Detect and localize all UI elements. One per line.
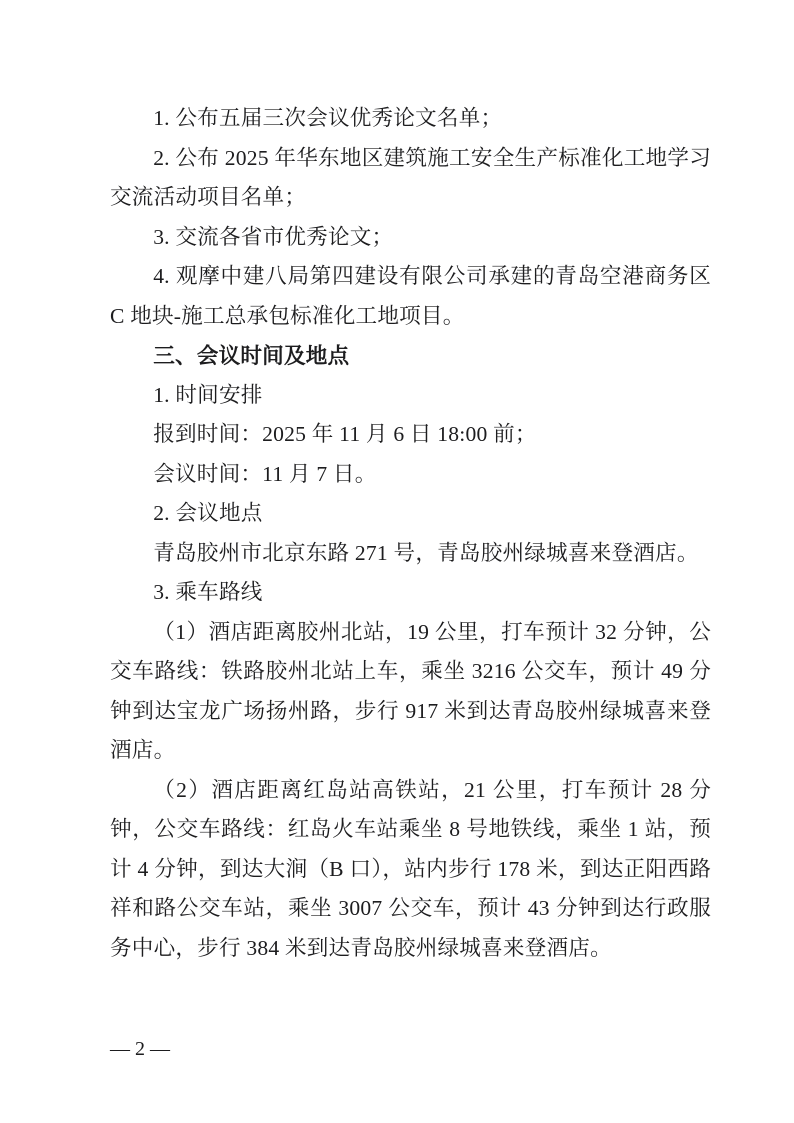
sub-item-transit-route: 3. 乘车路线: [110, 573, 711, 613]
page-number: — 2 —: [110, 1036, 170, 1062]
numbered-item-1: 1. 公布五届三次会议优秀论文名单；: [110, 99, 711, 139]
numbered-item-3: 3. 交流各省市优秀论文；: [110, 218, 711, 258]
route-paragraph-2: （2）酒店距离红岛站高铁站，21 公里，打车预计 28 分钟，公交车路线：红岛火…: [110, 771, 711, 969]
numbered-item-2: 2. 公布 2025 年华东地区建筑施工安全生产标准化工地学习交流活动项目名单；: [110, 139, 711, 218]
document-body: 1. 公布五届三次会议优秀论文名单； 2. 公布 2025 年华东地区建筑施工安…: [110, 99, 711, 968]
section-heading-three: 三、会议时间及地点: [110, 336, 711, 376]
sub-item-venue: 2. 会议地点: [110, 494, 711, 534]
line-venue-address: 青岛胶州市北京东路 271 号，青岛胶州绿城喜来登酒店。: [110, 534, 711, 574]
document-page: 1. 公布五届三次会议优秀论文名单； 2. 公布 2025 年华东地区建筑施工安…: [0, 0, 794, 1123]
line-checkin-time: 报到时间：2025 年 11 月 6 日 18:00 前；: [110, 415, 711, 455]
sub-item-time-schedule: 1. 时间安排: [110, 376, 711, 416]
route-paragraph-1: （1）酒店距离胶州北站，19 公里，打车预计 32 分钟，公交车路线：铁路胶州北…: [110, 613, 711, 771]
numbered-item-4: 4. 观摩中建八局第四建设有限公司承建的青岛空港商务区 C 地块-施工总承包标准…: [110, 257, 711, 336]
line-meeting-time: 会议时间：11 月 7 日。: [110, 455, 711, 495]
